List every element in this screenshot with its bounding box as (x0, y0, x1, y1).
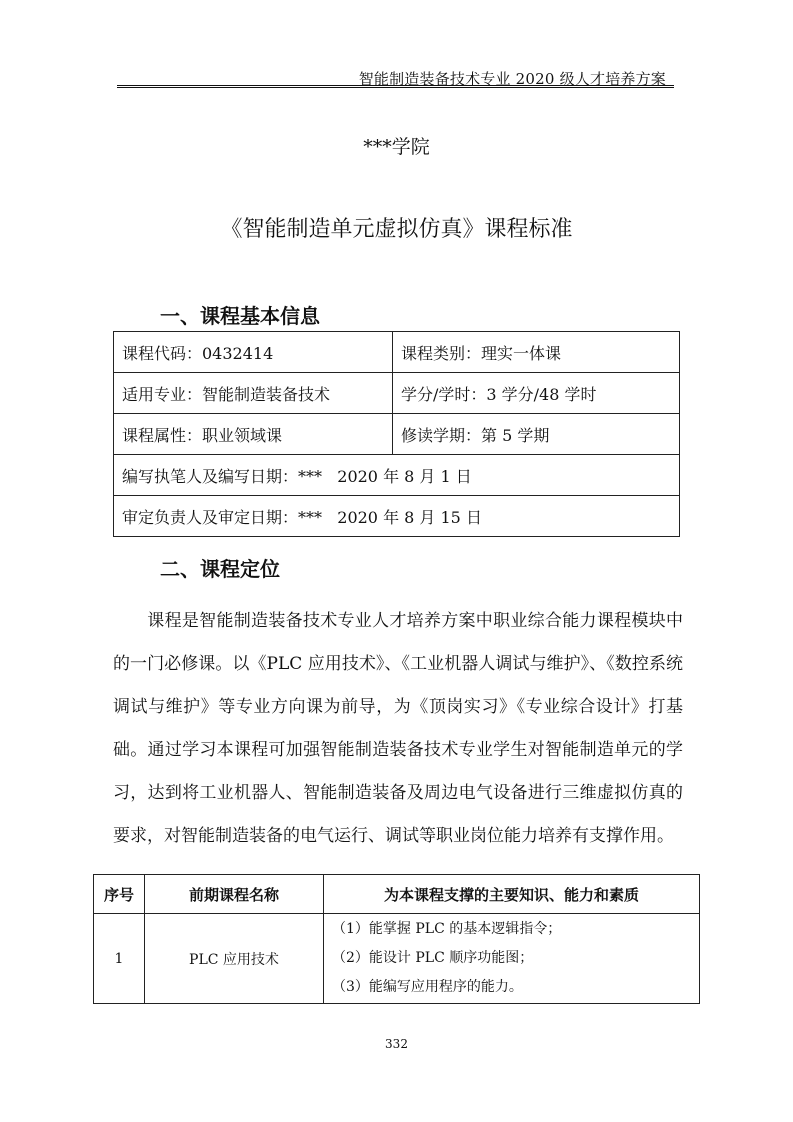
table-cell: 学分/学时：3 学分/48 学时 (393, 373, 680, 414)
column-header: 序号 (94, 875, 145, 914)
table-row: 课程代码：0432414 课程类别：理实一体课 (114, 332, 680, 373)
row-number: 1 (94, 914, 145, 1004)
column-header: 前期课程名称 (145, 875, 324, 914)
table-cell: 编写执笔人及编写日期：*** 2020 年 8 月 1 日 (114, 455, 680, 496)
table-cell: 课程类别：理实一体课 (393, 332, 680, 373)
table-cell: 课程属性：职业领域课 (114, 414, 393, 455)
table-cell: 审定负责人及审定日期：*** 2020 年 8 月 15 日 (114, 496, 680, 537)
document-title: 《智能制造单元虚拟仿真》课程标准 (0, 212, 793, 243)
running-header: 智能制造装备技术专业 2020 级人才培养方案 (117, 66, 674, 88)
section-heading-basic-info: 一、课程基本信息 (160, 300, 320, 329)
page-number: 332 (0, 1037, 793, 1051)
table-row: 适用专业：智能制造装备技术 学分/学时：3 学分/48 学时 (114, 373, 680, 414)
table-cell: 适用专业：智能制造装备技术 (114, 373, 393, 414)
table-cell: 课程代码：0432414 (114, 332, 393, 373)
table-header-row: 序号 前期课程名称 为本课程支撑的主要知识、能力和素质 (94, 875, 700, 914)
positioning-paragraph: 课程是智能制造装备技术专业人才培养方案中职业综合能力课程模块中的一门必修课。以《… (113, 600, 683, 858)
course-name: PLC 应用技术 (145, 914, 324, 1004)
table-row: 1 PLC 应用技术 （1）能掌握 PLC 的基本逻辑指令； （2）能设计 PL… (94, 914, 700, 1004)
prerequisite-table: 序号 前期课程名称 为本课程支撑的主要知识、能力和素质 1 PLC 应用技术 （… (93, 874, 700, 1004)
header-rule (117, 85, 674, 88)
knowledge-item: （1）能掌握 PLC 的基本逻辑指令； (332, 915, 698, 944)
table-row: 编写执笔人及编写日期：*** 2020 年 8 月 1 日 (114, 455, 680, 496)
knowledge-item: （3）能编写应用程序的能力。 (332, 973, 698, 1002)
basic-info-table: 课程代码：0432414 课程类别：理实一体课 适用专业：智能制造装备技术 学分… (113, 331, 680, 537)
column-header: 为本课程支撑的主要知识、能力和素质 (324, 875, 700, 914)
paragraph-text: 课程是智能制造装备技术专业人才培养方案中职业综合能力课程模块中的一门必修课。以《… (113, 611, 683, 846)
section-heading-positioning: 二、课程定位 (160, 553, 280, 582)
table-row: 课程属性：职业领域课 修读学期：第 5 学期 (114, 414, 680, 455)
knowledge-item: （2）能设计 PLC 顺序功能图； (332, 944, 698, 973)
table-cell: 修读学期：第 5 学期 (393, 414, 680, 455)
college-name: ***学院 (0, 132, 793, 159)
table-row: 审定负责人及审定日期：*** 2020 年 8 月 15 日 (114, 496, 680, 537)
knowledge-list: （1）能掌握 PLC 的基本逻辑指令； （2）能设计 PLC 顺序功能图； （3… (324, 914, 700, 1004)
